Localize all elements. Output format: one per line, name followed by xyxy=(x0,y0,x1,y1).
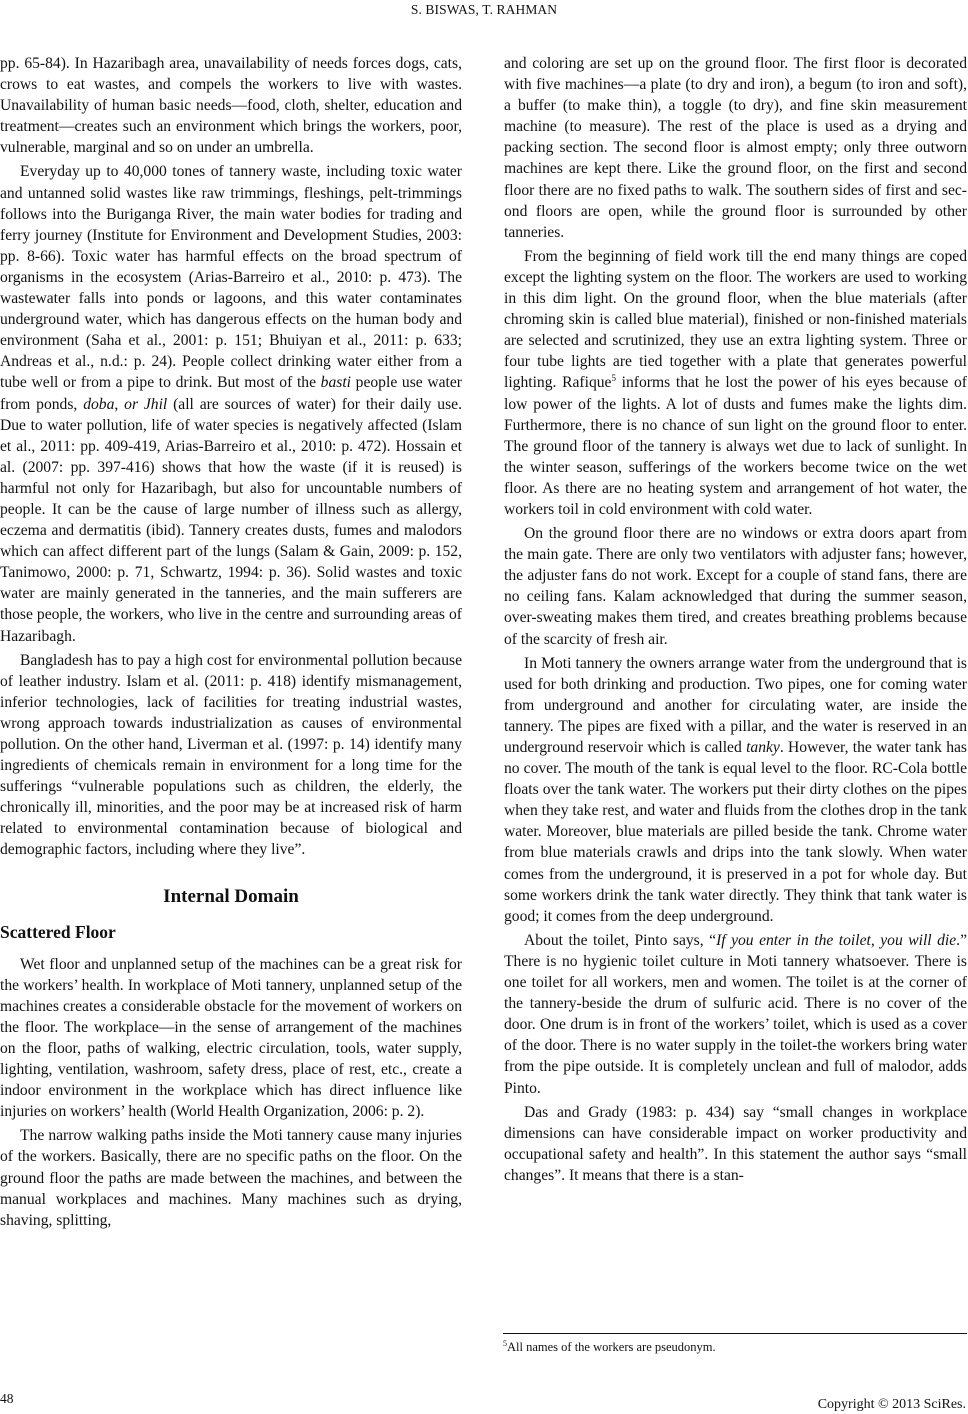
copyright-notice: Copyright © 2013 SciRes. xyxy=(818,1397,966,1413)
paragraph: The narrow walking paths inside the Moti… xyxy=(0,1125,462,1230)
running-head: S. BISWAS, T. RAHMAN xyxy=(0,0,968,20)
paragraph: and coloring are set up on the ground fl… xyxy=(504,53,967,243)
italic-quote: If you enter in the toilet, you will die xyxy=(716,932,956,949)
text-run: informs that he lost the power of his ey… xyxy=(504,374,967,518)
text-run: .” There is no hygienic toilet culture i… xyxy=(504,932,967,1097)
paragraph: From the beginning of field work till th… xyxy=(504,246,967,520)
text-run: From the beginning of field work till th… xyxy=(504,248,967,392)
text-run: . However, the water tank has no cover. … xyxy=(504,739,967,925)
text-run: , xyxy=(114,396,124,413)
right-column: and coloring are set up on the ground fl… xyxy=(504,53,967,1186)
footnote: 5All names of the workers are pseudonym. xyxy=(503,1339,967,1355)
footnote-divider xyxy=(503,1333,967,1334)
paragraph: Everyday up to 40,000 tones of tannery w… xyxy=(0,161,462,646)
italic-term: or Jhil xyxy=(124,396,167,413)
paragraph: Bangladesh has to pay a high cost for en… xyxy=(0,650,462,861)
paragraph: pp. 65-84). In Hazaribagh area, unavaila… xyxy=(0,53,462,158)
page-number: 48 xyxy=(0,1391,14,1407)
italic-term: basti xyxy=(321,374,351,391)
text-run: Everyday up to 40,000 tones of tannery w… xyxy=(0,163,462,391)
left-column: pp. 65-84). In Hazaribagh area, unavaila… xyxy=(0,53,462,1231)
paragraph: About the toilet, Pinto says, “If you en… xyxy=(504,930,967,1099)
paragraph: In Moti tannery the owners arrange water… xyxy=(504,653,967,927)
footnote-text: All names of the workers are pseudonym. xyxy=(507,1340,716,1354)
paragraph: On the ground floor there are no windows… xyxy=(504,523,967,650)
paragraph: Das and Grady (1983: p. 434) say “small … xyxy=(504,1102,967,1186)
paragraph: Wet floor and unplanned setup of the mac… xyxy=(0,954,462,1123)
text-run: About the toilet, Pinto says, “ xyxy=(524,932,716,949)
text-run: (all are sources of water) for their dai… xyxy=(0,396,462,645)
italic-term: tanky xyxy=(746,739,780,756)
section-title: Internal Domain xyxy=(0,884,462,910)
italic-term: doba xyxy=(83,396,114,413)
subsection-title: Scattered Floor xyxy=(0,920,462,944)
